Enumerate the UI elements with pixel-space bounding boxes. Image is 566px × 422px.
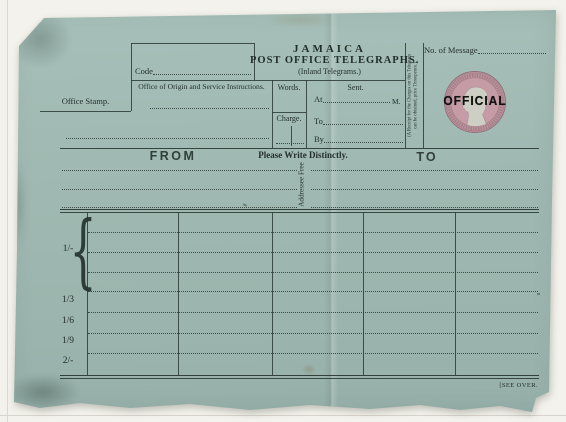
message-number-entry-line [478, 53, 546, 54]
code-entry-line [153, 74, 251, 75]
receipt-note-vertical: (A Receipt for the Charges on this Teleg… [408, 45, 421, 147]
message-line [88, 232, 538, 233]
to-address-line [311, 207, 538, 208]
scanned-telegram-form: Office Stamp. Code Office of Origin and … [0, 0, 566, 422]
paper-stain [302, 364, 316, 375]
to-address-line [311, 189, 538, 190]
to-address-line [311, 170, 538, 171]
rate-label: 2/- [56, 356, 80, 366]
paper-shadow-wrap: Office Stamp. Code Office of Origin and … [0, 0, 566, 422]
official-overprint: OFFICIAL [432, 94, 518, 109]
paper-stain [6, 374, 80, 410]
sent-to-field: To [314, 116, 403, 126]
at-entry-line [323, 102, 391, 103]
form-rule [131, 80, 405, 81]
addressee-free-vertical: Addressee Free [298, 155, 311, 215]
receipt-note-line2: can be obtained, price Threepence.) [413, 45, 419, 147]
rate-label: 1/6 [56, 316, 80, 326]
sent-label: Sent. [306, 83, 405, 92]
message-line [88, 252, 538, 253]
at-label: At [314, 94, 323, 104]
rate-label: 1/3 [56, 295, 80, 305]
embossed-stamp: OFFICIAL [437, 64, 513, 140]
charge-label: Charge. [272, 114, 306, 123]
form-subtitle: (Inland Telegrams.) [254, 67, 405, 76]
paper-stain [10, 160, 26, 250]
form-rule [272, 112, 306, 113]
ink-speck [537, 293, 540, 295]
form-title-service: POST OFFICE TELEGRAPHS. [250, 55, 409, 66]
rate-label: 1/9 [56, 336, 80, 346]
origin-instructions-label: Office of Origin and Service Instruction… [131, 82, 272, 91]
words-label: Words. [272, 83, 306, 92]
code-field: Code [135, 66, 251, 76]
message-line [88, 272, 538, 273]
telegram-form-paper: Office Stamp. Code Office of Origin and … [0, 0, 566, 422]
message-number-field: No. of Message [424, 45, 546, 55]
message-line [88, 291, 538, 292]
message-number-label: No. of Message [424, 45, 478, 55]
form-rule [131, 43, 254, 44]
paper-stain [8, 10, 72, 68]
message-line [88, 353, 538, 354]
from-address-line [62, 189, 297, 190]
see-over-note: [SEE OVER. [478, 382, 538, 389]
rate-brace: { [76, 213, 91, 291]
writing-line [150, 108, 269, 109]
from-label: FROM [130, 149, 216, 163]
writing-line [276, 143, 304, 144]
by-label: By [314, 134, 324, 144]
meridiem-label: M. [392, 97, 401, 106]
by-entry-line [324, 142, 403, 143]
writing-line [66, 138, 269, 139]
ink-speck [243, 203, 247, 206]
grid-bottom-border [60, 375, 539, 379]
grid-column-line [178, 213, 179, 375]
form-rule [131, 43, 132, 111]
form-rule [423, 43, 424, 148]
code-label: Code [135, 66, 153, 76]
sent-at-field: At [314, 94, 390, 104]
message-line [88, 333, 538, 334]
to-entry-line [323, 124, 403, 125]
receipt-note-line1: (A Receipt for the Charges on this Teleg… [408, 45, 414, 147]
grid-column-line [363, 213, 364, 375]
grid-top-border [60, 209, 539, 213]
office-stamp-label: Office Stamp. [40, 96, 131, 106]
to-label: TO [404, 150, 450, 164]
from-address-line [62, 207, 297, 208]
form-title-country: JAMAICA [254, 43, 405, 55]
to-label: To [314, 116, 323, 126]
message-line [88, 312, 538, 313]
form-rule [40, 111, 131, 112]
grid-column-line [455, 213, 456, 375]
from-address-line [62, 170, 297, 171]
sent-by-field: By [314, 134, 403, 144]
grid-column-line [272, 213, 273, 375]
